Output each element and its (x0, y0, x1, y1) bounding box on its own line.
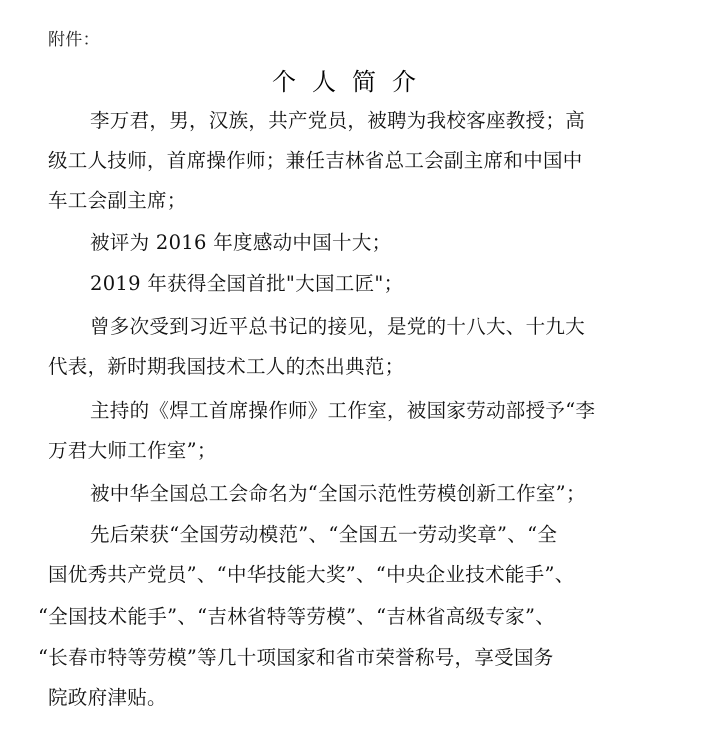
paragraph-line: 被评为 2016 年度感动中国十大； (90, 231, 391, 255)
paragraph-line: 李万君，男，汉族，共产党员，被聘为我校客座教授；高 (90, 109, 585, 133)
paragraph-line: 曾多次受到习近平总书记的接见，是党的十八大、十九大 (90, 315, 585, 339)
paragraph-line: 国优秀共产党员”、“中华技能大奖”、“中央企业技术能手”、 (48, 563, 575, 587)
paragraph-line: 2019 年获得全国首批"大国工匠"； (90, 272, 403, 296)
paragraph-line: 主持的《焊工首席操作师》工作室，被国家劳动部授予“李 (90, 399, 595, 423)
paragraph-line: 车工会副主席； (48, 189, 187, 213)
paragraph-line: 级工人技师，首席操作师；兼任吉林省总工会副主席和中国中 (48, 149, 583, 173)
paragraph-line: 万君大师工作室”； (48, 439, 217, 463)
paragraph-line: 先后荣获“全国劳动模范”、“全国五一劳动奖章”、“全 (90, 523, 557, 547)
page-title: 个人简介 (0, 62, 704, 97)
paragraph-line: 被中华全国总工会命名为“全国示范性劳模创新工作室”； (90, 482, 586, 506)
paragraph-line: 代表，新时期我国技术工人的杰出典范； (48, 355, 404, 379)
paragraph-line: 院政府津贴。 (48, 686, 167, 710)
paragraph-line: “长春市特等劳模”等几十项国家和省市荣誉称号，享受国务 (38, 646, 554, 670)
paragraph-line: “全国技术能手”、“吉林省特等劳模”、“吉林省高级专家”、 (38, 605, 555, 629)
attachment-label: 附件： (48, 28, 100, 52)
